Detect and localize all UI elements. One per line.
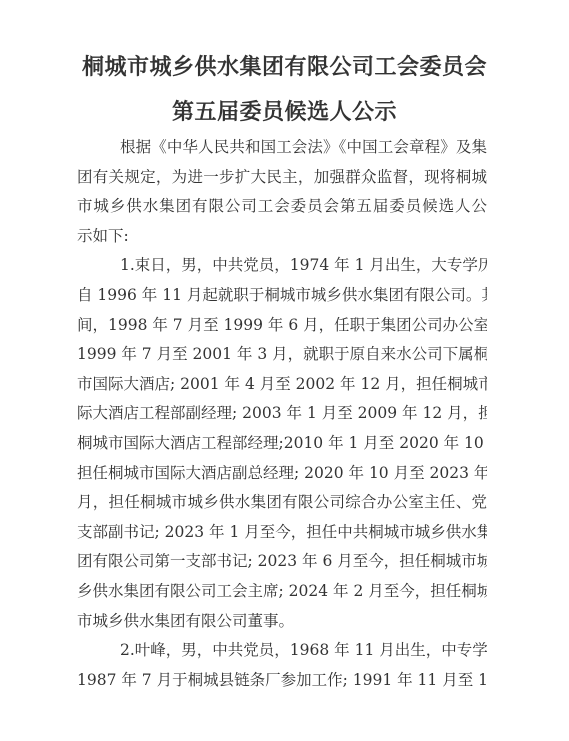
paragraph-line: 间，1998 年 7 月至 1999 年 6 月，任职于集团公司办公室; xyxy=(77,311,487,341)
paragraph-line: 际大酒店工程部副经理; 2003 年 1 月至 2009 年 12 月，担任 xyxy=(77,399,487,429)
paragraph-line: 2.叶峰，男，中共党员，1968 年 11 月出生，中专学历。 xyxy=(77,636,487,666)
paragraph-line: 担任桐城市国际大酒店副总经理; 2020 年 10 月至 2023 年 1 xyxy=(77,459,487,489)
paragraph-line: 根据《中华人民共和国工会法》《中国工会章程》及集 xyxy=(77,133,487,163)
document-title-line-1: 桐城市城乡供水集团有限公司工会委员会 xyxy=(0,50,569,81)
paragraph-line: 桐城市国际大酒店工程部经理;2010 年 1 月至 2020 年 10 月， xyxy=(77,429,487,459)
paragraph-line: 团有关规定，为进一步扩大民主，加强群众监督，现将桐城 xyxy=(77,163,487,193)
paragraph-line: 1999 年 7 月至 2001 年 3 月，就职于原自来水公司下属桐城 xyxy=(77,340,487,370)
paragraph-line: 支部副书记; 2023 年 1 月至今，担任中共桐城市城乡供水集 xyxy=(77,518,487,548)
paragraph-line: 市城乡供水集团有限公司工会委员会第五届委员候选人公 xyxy=(77,192,487,222)
paragraph-line: 市城乡供水集团有限公司董事。 xyxy=(77,607,487,637)
paragraph-line: 1.束日，男，中共党员，1974 年 1 月出生，大专学历。 xyxy=(77,251,487,281)
paragraph-line: 1987 年 7 月于桐城县链条厂参加工作; 1991 年 11 月至 1995 xyxy=(77,666,487,696)
paragraph-line: 团有限公司第一支部书记; 2023 年 6 月至今，担任桐城市城 xyxy=(77,547,487,577)
paragraph-line: 示如下: xyxy=(77,222,487,252)
paragraph-line: 市国际大酒店; 2001 年 4 月至 2002 年 12 月，担任桐城市国 xyxy=(77,370,487,400)
paragraph-line: 月，担任桐城市城乡供水集团有限公司综合办公室主任、党 xyxy=(77,488,487,518)
document-title-line-2: 第五届委员候选人公示 xyxy=(0,95,569,126)
document-body: 根据《中华人民共和国工会法》《中国工会章程》及集团有关规定，为进一步扩大民主，加… xyxy=(77,133,487,695)
paragraph-line: 乡供水集团有限公司工会主席; 2024 年 2 月至今，担任桐城 xyxy=(77,577,487,607)
paragraph-line: 自 1996 年 11 月起就职于桐城市城乡供水集团有限公司。其 xyxy=(77,281,487,311)
